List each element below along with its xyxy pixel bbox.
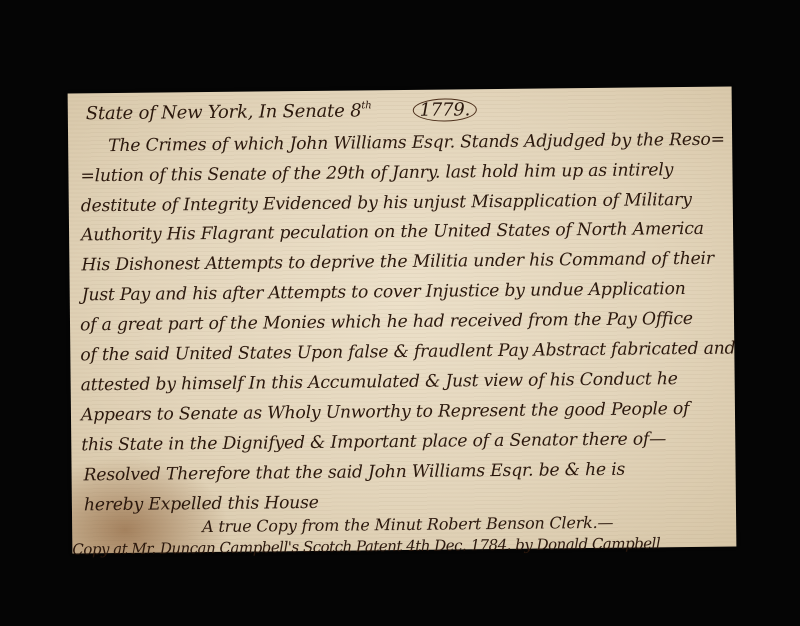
copy-note-line: Copy at Mr. Duncan Campbell's Scotch Pat… <box>72 534 660 558</box>
heading-day-suffix: th <box>361 100 371 111</box>
body-line-5: His Dishonest Attempts to deprive the Mi… <box>81 249 714 276</box>
manuscript-page: State of New York, In Senate 8th 1779. T… <box>68 87 737 554</box>
body-line-4: Authority His Flagrant peculation on the… <box>81 219 704 246</box>
body-line-7: of a great part of the Monies which he h… <box>80 309 693 335</box>
body-line-10: Appears to Senate as Wholy Unworthy to R… <box>81 399 689 425</box>
heading-line: State of New York, In Senate 8th 1779. <box>86 99 477 124</box>
body-line-11: this State in the Dignifyed & Important … <box>81 429 666 455</box>
body-line-3: destitute of Integrity Evidenced by his … <box>81 190 692 216</box>
body-line-2: =lution of this Senate of the 29th of Ja… <box>80 160 673 186</box>
body-line-9: attested by himself In this Accumulated … <box>81 369 678 395</box>
attestation-line: A true Copy from the Minut Robert Benson… <box>202 513 613 536</box>
body-line-8: of the said United States Upon false & f… <box>80 339 735 366</box>
body-line-12: Resolved Therefore that the said John Wi… <box>84 460 626 486</box>
body-line-13: hereby Expelled this House <box>84 493 319 515</box>
heading-place: State of New York, In Senate <box>86 101 345 125</box>
heading-day: 8 <box>350 100 361 121</box>
heading-year: 1779. <box>412 98 477 122</box>
body-line-6: Just Pay and his after Attempts to cover… <box>82 279 686 305</box>
body-line-1: The Crimes of which John Williams Esqr. … <box>108 130 725 156</box>
